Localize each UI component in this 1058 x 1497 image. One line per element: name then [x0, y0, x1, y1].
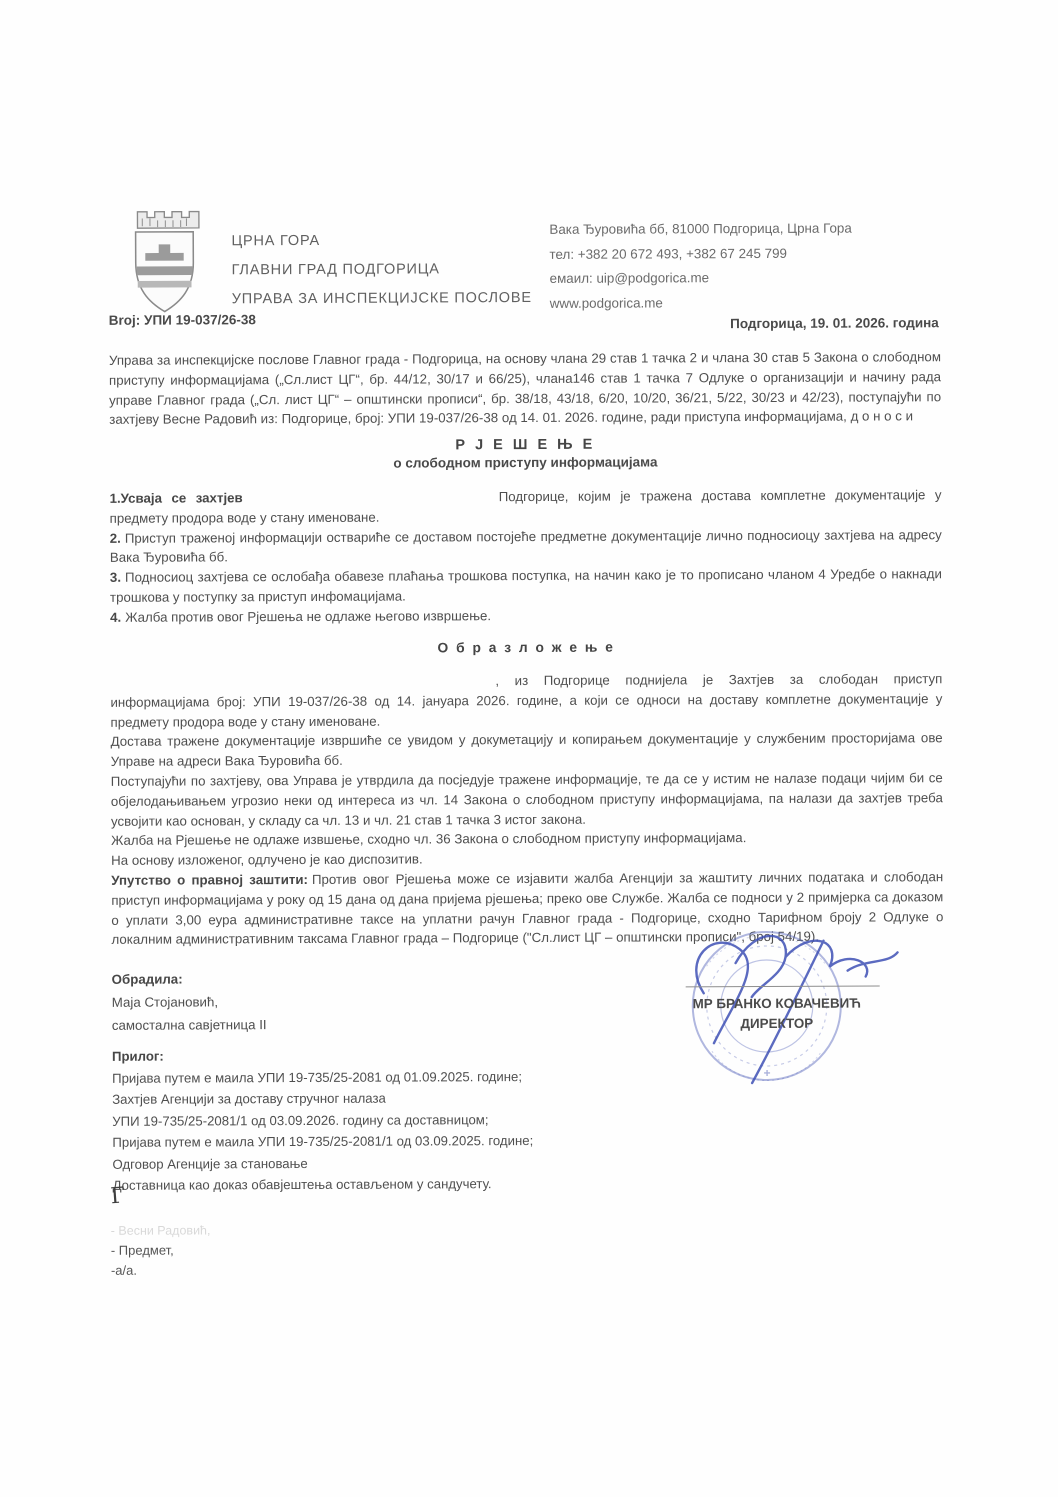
reasoning-paragraph-1-text: , из Подгорице поднијела је Захтјев за с…: [110, 671, 942, 729]
reasoning-section: О б р а з л о ж е њ е , из Подгорице под…: [110, 638, 943, 950]
org-country: ЦРНА ГОРА: [231, 226, 531, 256]
signatory-block: МР БРАНКО КОВАЧЕВИЋ ДИРЕКТОР: [652, 993, 902, 1034]
prepared-by-title: самостална савјетница II: [112, 1013, 267, 1037]
attachment-item: Пријава путем е маила УПИ 19-735/25-2081…: [112, 1065, 533, 1088]
reference-number: Broj: УПИ 19-037/26-38: [109, 312, 256, 328]
attachment-item: Пријава путем е маила УПИ 19-735/25-2081…: [112, 1130, 533, 1153]
dispositif-item-3-lead: 3.: [110, 570, 121, 585]
contact-email: емаил: uip@podgorica.me: [550, 266, 852, 292]
prepared-by-name: Маја Стојановић,: [112, 990, 267, 1014]
dispositif-item-3: 3.Подносиоц захтјева се ослобађа обавезе…: [110, 564, 942, 607]
dispositif-item-2: 2.Приступ траженој информацији оствариће…: [110, 525, 942, 568]
footer-distribution-block: Г - Весни Радовић, - Предмет, -а/а.: [111, 1187, 211, 1279]
attachments-label: Прилог:: [112, 1044, 533, 1067]
place-and-date: Подгорица, 19. 01. 2026. година: [639, 315, 939, 331]
legal-remedy-lead: Упутство о правној заштити:: [111, 872, 308, 888]
prepared-by-label: Обрадила:: [112, 967, 267, 991]
reasoning-paragraph-2: Достава тражене документације извршиће с…: [111, 729, 943, 772]
dispositif-section: 1.Усваја се захтјевПодгорице, којим је т…: [110, 485, 943, 627]
footer-line: - Предмет,: [111, 1241, 211, 1259]
dispositif-item-4-text: Жалба против овог Рјешења не одлаже њего…: [125, 608, 491, 625]
dispositif-item-4: 4.Жалба против овог Рјешења не одлаже ње…: [110, 604, 942, 627]
dispositif-item-1: 1.Усваја се захтјевПодгорице, којим је т…: [110, 485, 942, 528]
reasoning-paragraph-3: Поступајући по захтјеву, ова Управа је у…: [111, 768, 943, 831]
org-department: УПРАВА ЗА ИНСПЕКЦИЈСКЕ ПОСЛОВЕ: [232, 284, 532, 314]
dispositif-item-1-lead: 1.Усваја се захтјев: [110, 490, 243, 506]
attachments-section: Прилог: Пријава путем е маила УПИ 19-735…: [112, 1044, 534, 1196]
prepared-by-block: Обрадила: Маја Стојановић, самостална са…: [112, 967, 267, 1037]
attachment-item: УПИ 19-735/25-2081/1 од 03.09.2026. годи…: [112, 1108, 533, 1131]
contact-web: www.podgorica.me: [550, 290, 852, 316]
podgorica-coat-of-arms-icon: [116, 205, 213, 324]
footer-line: -а/а.: [111, 1261, 211, 1279]
attachment-item: Захтјев Агенцији за доставу стручног нал…: [112, 1087, 533, 1110]
decision-subtitle: о слободном приступу информацијама: [109, 453, 941, 472]
reasoning-paragraph-1: , из Подгорице поднијела је Захтјев за с…: [110, 669, 942, 732]
dispositif-item-3-text: Подносиоц захтјева се ослобађа обавезе п…: [110, 566, 942, 604]
scan-content: ЦРНА ГОРА ГЛАВНИ ГРАД ПОДГОРИЦА УПРАВА З…: [0, 0, 1058, 1497]
dispositif-item-4-lead: 4.: [110, 610, 121, 625]
intro-paragraph: Управа за инспекцијске послове Главног г…: [109, 347, 941, 430]
dispositif-item-2-lead: 2.: [110, 530, 121, 545]
faded-recipient-line: - Весни Радовић,: [111, 1221, 211, 1239]
scanned-document-page: ЦРНА ГОРА ГЛАВНИ ГРАД ПОДГОРИЦА УПРАВА З…: [0, 0, 1058, 1497]
decision-title: Р Ј Е Ш Е Њ Е: [109, 435, 941, 455]
redacted-name-gap: [110, 685, 495, 687]
decision-title-block: Р Ј Е Ш Е Њ Е о слободном приступу инфор…: [109, 435, 941, 472]
dispositif-item-2-text: Приступ траженој информацији оствариће с…: [110, 527, 942, 565]
contact-phone: тел: +382 20 672 493, +382 67 245 799: [549, 241, 851, 267]
org-city: ГЛАВНИ ГРАД ПОДГОРИЦА: [232, 255, 532, 285]
reasoning-heading: О б р а з л о ж е њ е: [110, 638, 942, 657]
signatory-title: ДИРЕКТОР: [652, 1013, 902, 1034]
signatory-name: МР БРАНКО КОВАЧЕВИЋ: [652, 993, 902, 1014]
redacted-name-gap: [247, 501, 499, 502]
handwritten-mark: Г: [110, 1187, 126, 1206]
contact-block: Вака Ђуровића бб, 81000 Подгорица, Црна …: [549, 217, 852, 316]
attachment-item: Одговор Агенције за становање: [112, 1151, 533, 1174]
org-name-block: ЦРНА ГОРА ГЛАВНИ ГРАД ПОДГОРИЦА УПРАВА З…: [231, 226, 531, 314]
contact-address: Вака Ђуровића бб, 81000 Подгорица, Црна …: [549, 217, 851, 243]
